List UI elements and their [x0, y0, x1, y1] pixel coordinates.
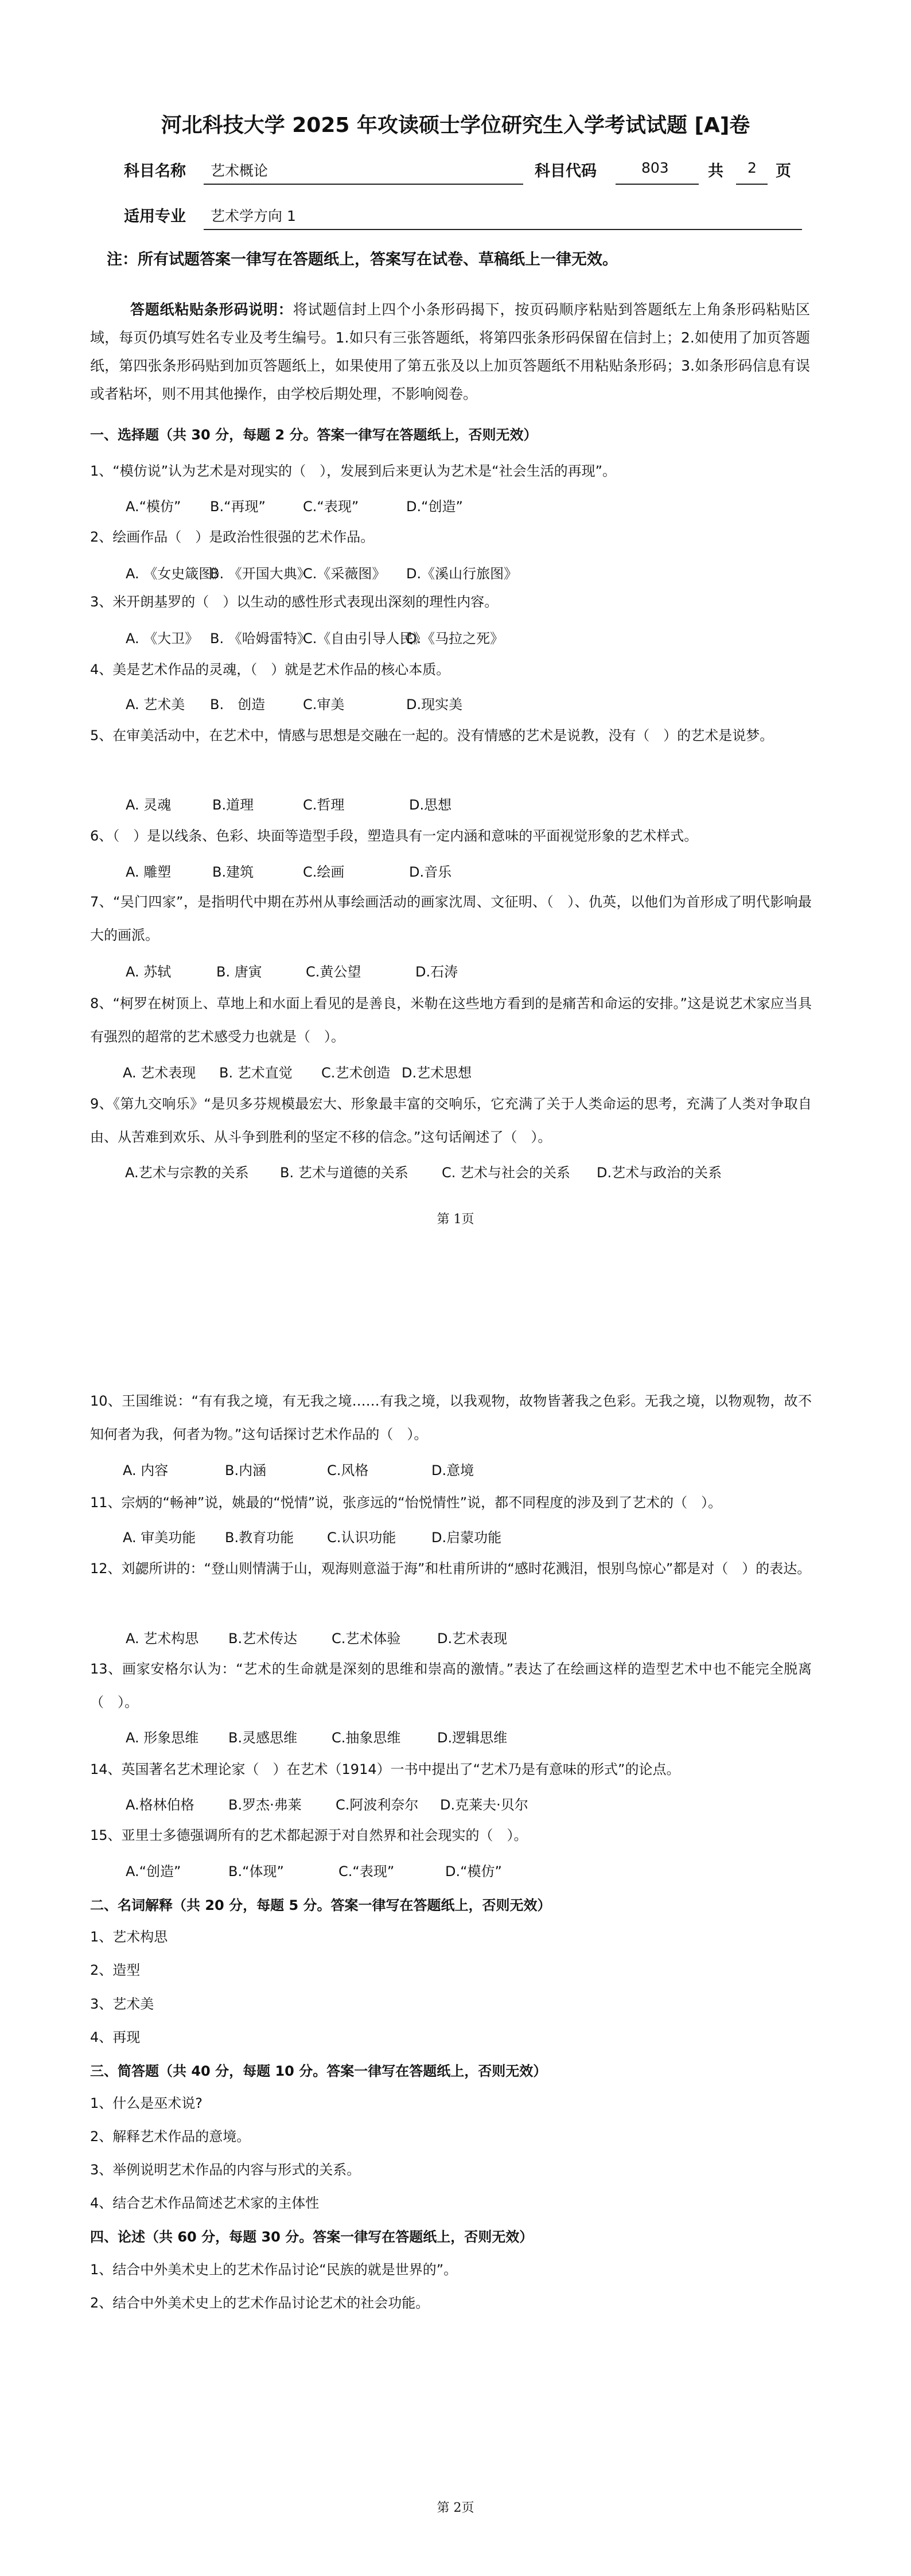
- option-c: C.《采薇图》: [303, 562, 386, 582]
- page-number-1: 第 1页: [0, 1209, 911, 1227]
- option-a: A. 艺术构思: [126, 1627, 198, 1647]
- pages-label: 页: [776, 158, 791, 181]
- option-a: A. 审美功能: [123, 1526, 196, 1546]
- barcode-instructions: 答题纸粘贴条形码说明：将试题信封上四个小条形码揭下，按页码顺序粘贴到答题纸左上角…: [90, 295, 810, 408]
- option-d: D.意境: [431, 1459, 474, 1479]
- option-b: B.罗杰·弗莱: [228, 1793, 302, 1814]
- option-d: D.《溪山行旅图》: [406, 562, 517, 582]
- option-b: B. 创造: [210, 693, 265, 713]
- subject-code-underline: [616, 184, 699, 185]
- option-d: D.克莱夫·贝尔: [440, 1793, 528, 1814]
- option-d: D.《马拉之死》: [406, 627, 504, 647]
- option-c: C.风格: [327, 1459, 368, 1479]
- section1-heading: 一、选择题（共 30 分，每题 2 分。答案一律写在答题纸上，否则无效）: [90, 423, 538, 443]
- option-b: B.“体现”: [228, 1860, 284, 1880]
- option-c: C.抽象思维: [332, 1726, 400, 1746]
- major-value: 艺术学方向 1: [211, 205, 296, 225]
- question-15: 15、亚里士多德强调所有的艺术都起源于对自然界和社会现实的（ ）。: [90, 1819, 812, 1852]
- question-1: 1、“模仿说”认为艺术是对现实的（ ），发展到后来更认为艺术是“社会生活的再现”…: [90, 454, 812, 488]
- short-answer-item-3: 3、举例说明艺术作品的内容与形式的关系。: [90, 2158, 360, 2178]
- option-b: B. 艺术直觉: [219, 1061, 293, 1081]
- option-b: B.“再现”: [210, 495, 266, 515]
- short-answer-item-4: 4、结合艺术作品简述艺术家的主体性: [90, 2192, 319, 2212]
- short-answer-item-1: 1、什么是巫术说?: [90, 2092, 203, 2112]
- option-d: D.艺术与政治的关系: [597, 1161, 722, 1181]
- question-7: 7、“吴门四家”，是指明代中期在苏州从事绘画活动的画家沈周、文征明、（ ）、仇英…: [90, 885, 812, 952]
- question-9: 9、《第九交响乐》“是贝多芬规模最宏大、形象最丰富的交响乐，它充满了关于人类命运…: [90, 1087, 812, 1154]
- option-a: A.艺术与宗教的关系: [125, 1161, 249, 1181]
- term-item-1: 1、艺术构思: [90, 1925, 168, 1945]
- option-d: D.现实美: [406, 693, 462, 713]
- question-6: 6、（ ）是以线条、色彩、块面等造型手段，塑造具有一定内涵和意味的平面视觉形象的…: [90, 819, 812, 853]
- option-b: B.灵感思维: [228, 1726, 297, 1746]
- subject-name-underline: [204, 184, 523, 185]
- option-c: C. 艺术与社会的关系: [442, 1161, 570, 1181]
- option-b: B.教育功能: [225, 1526, 294, 1546]
- option-a: A.“创造”: [126, 1860, 181, 1880]
- option-d: D.石涛: [415, 960, 458, 980]
- option-c: C.“表现”: [338, 1860, 394, 1880]
- essay-item-1: 1、结合中外美术史上的艺术作品讨论“民族的就是世界的”。: [90, 2258, 457, 2278]
- exam-title: 河北科技大学 2025 年攻读硕士学位研究生入学考试试题 [A]卷: [0, 109, 911, 138]
- subject-name-label: 科目名称: [124, 158, 186, 181]
- question-10: 10、王国维说：“有有我之境，有无我之境……有我之境，以我观物，故物皆著我之色彩…: [90, 1384, 812, 1451]
- option-d: D.艺术思想: [402, 1061, 472, 1081]
- option-c: C.阿波利奈尔: [336, 1793, 418, 1814]
- option-c: C.黄公望: [306, 960, 361, 980]
- option-c: C.“表现”: [303, 495, 359, 515]
- option-b: B.艺术传达: [228, 1627, 297, 1647]
- option-d: D.音乐: [409, 861, 451, 881]
- option-a: A.“模仿”: [126, 495, 181, 515]
- page-number-2: 第 2页: [0, 2498, 911, 2516]
- option-b: B.内涵: [225, 1459, 266, 1479]
- option-c: C.艺术体验: [332, 1627, 400, 1647]
- option-a: A. 形象思维: [126, 1726, 198, 1746]
- term-item-2: 2、造型: [90, 1959, 140, 1979]
- option-c: C.艺术创造: [321, 1061, 390, 1081]
- barcode-instructions-lead: 答题纸粘贴条形码说明：: [130, 301, 293, 318]
- option-b: B. 艺术与道德的关系: [280, 1161, 408, 1181]
- option-a: A. 《大卫》: [126, 627, 198, 647]
- major-label: 适用专业: [124, 204, 186, 226]
- essay-item-2: 2、结合中外美术史上的艺术作品讨论艺术的社会功能。: [90, 2291, 429, 2312]
- question-11: 11、宗炳的“畅神”说，姚最的“悦情”说，张彦远的“怡悦情性”说，都不同程度的涉…: [90, 1486, 812, 1519]
- question-4: 4、美是艺术作品的灵魂，（ ）就是艺术作品的核心本质。: [90, 653, 812, 686]
- option-a: A. 艺术美: [126, 693, 185, 713]
- total-label: 共: [708, 158, 723, 181]
- option-d: D.启蒙功能: [431, 1526, 501, 1546]
- question-3: 3、米开朗基罗的（ ）以生动的感性形式表现出深刻的理性内容。: [90, 585, 812, 618]
- total-pages-underline: [736, 184, 768, 185]
- option-d: D.逻辑思维: [437, 1726, 507, 1746]
- question-2: 2、绘画作品（ ）是政治性很强的艺术作品。: [90, 520, 812, 554]
- subject-name-value: 艺术概论: [211, 159, 268, 180]
- question-8: 8、“柯罗在树顶上、草地上和水面上看见的是善良，米勒在这些地方看到的是痛苦和命运…: [90, 987, 812, 1053]
- option-d: D.思想: [409, 793, 451, 814]
- option-a: A. 灵魂: [126, 793, 171, 814]
- subject-code-value: 803: [641, 159, 669, 176]
- term-item-4: 4、再现: [90, 2026, 140, 2046]
- section4-heading: 四、论述（共 60 分，每题 30 分。答案一律写在答题纸上，否则无效）: [90, 2225, 533, 2246]
- short-answer-item-2: 2、解释艺术作品的意境。: [90, 2125, 250, 2145]
- option-b: B. 唐寅: [216, 960, 262, 980]
- option-b: B.道理: [212, 793, 254, 814]
- option-d: D.艺术表现: [437, 1627, 507, 1647]
- section2-heading: 二、名词解释（共 20 分，每题 5 分。答案一律写在答题纸上，否则无效）: [90, 1894, 551, 1914]
- question-12: 12、刘勰所讲的：“登山则情满于山，观海则意溢于海”和杜甫所讲的“感时花溅泪，恨…: [90, 1552, 812, 1585]
- term-item-3: 3、艺术美: [90, 1993, 154, 2013]
- major-underline: [204, 229, 802, 230]
- answer-note: 注：所有试题答案一律写在答题纸上，答案写在试卷、草稿纸上一律无效。: [107, 247, 618, 269]
- section3-heading: 三、简答题（共 40 分，每题 10 分。答案一律写在答题纸上，否则无效）: [90, 2060, 547, 2080]
- option-a: A. 苏轼: [126, 960, 171, 980]
- total-pages-value: 2: [748, 159, 757, 176]
- option-b: B. 《开国大典》: [210, 562, 311, 582]
- option-c: C.哲理: [303, 793, 344, 814]
- option-a: A. 雕塑: [126, 861, 171, 881]
- question-5: 5、在审美活动中，在艺术中，情感与思想是交融在一起的。没有情感的艺术是说教，没有…: [90, 719, 812, 752]
- option-b: B.建筑: [212, 861, 254, 881]
- option-c: C.绘画: [303, 861, 344, 881]
- option-d: D.“模仿”: [445, 1860, 502, 1880]
- option-a: A. 内容: [123, 1459, 168, 1479]
- option-c: C.认识功能: [327, 1526, 396, 1546]
- option-a: A.格林伯格: [126, 1793, 194, 1814]
- subject-code-label: 科目代码: [535, 158, 597, 181]
- option-b: B. 《哈姆雷特》: [210, 627, 311, 647]
- question-13: 13、画家安格尔认为：“艺术的生命就是深刻的思维和崇高的激情。”表达了在绘画这样…: [90, 1652, 812, 1719]
- option-a: A. 艺术表现: [123, 1061, 196, 1081]
- question-14: 14、英国著名艺术理论家（ ）在艺术（1914）一书中提出了“艺术乃是有意味的形…: [90, 1753, 812, 1786]
- option-c: C.审美: [303, 693, 344, 713]
- option-d: D.“创造”: [406, 495, 463, 515]
